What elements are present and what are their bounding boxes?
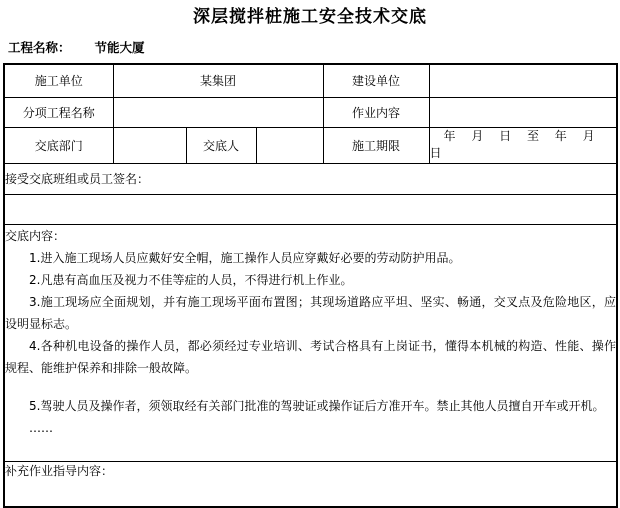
disclosure-ellipsis: ……: [5, 417, 616, 439]
build-unit-value[interactable]: [429, 64, 617, 97]
subproject-value[interactable]: [113, 97, 323, 127]
document-title: 深层搅拌桩施工安全技术交底: [0, 6, 620, 28]
project-name-value: 节能大厦: [95, 40, 145, 55]
construction-period-line1: 年 月 日 至 年 月: [430, 128, 617, 145]
work-content-value[interactable]: [429, 97, 617, 127]
table-row: 施工单位 某集团 建设单位: [4, 64, 617, 97]
construction-unit-value: 某集团: [113, 64, 323, 97]
disclosure-item: 4.各种机电设备的操作人员，都必须经过专业培训、考试合格具有上岗证书，懂得本机械…: [5, 335, 616, 379]
disclosure-item: 3.施工现场应全面规划，并有施工现场平面布置图；其现场道路应平坦、坚实、畅通，交…: [5, 291, 616, 335]
project-name-label: 工程名称：: [8, 40, 71, 55]
subproject-label: 分项工程名称: [4, 97, 113, 127]
table-row: 交底部门 交底人 施工期限 年 月 日 至 年 月 日: [4, 127, 617, 163]
construction-period-label: 施工期限: [323, 127, 429, 163]
form-table: 施工单位 某集团 建设单位 分项工程名称 作业内容 交底部门 交底人 施工期限 …: [3, 63, 618, 508]
construction-period-value[interactable]: 年 月 日 至 年 月 日: [429, 127, 617, 163]
table-row: 分项工程名称 作业内容: [4, 97, 617, 127]
disclosure-heading: 交底内容：: [5, 225, 616, 247]
disclosure-item: 2.凡患有高血压及视力不佳等症的人员，不得进行机上作业。: [5, 269, 616, 291]
disclosure-dept-value[interactable]: [113, 127, 186, 163]
table-row: [4, 194, 617, 224]
table-row: 补充作业指导内容：: [4, 461, 617, 507]
discloser-label: 交底人: [186, 127, 256, 163]
project-name-line: 工程名称：节能大厦: [8, 40, 620, 55]
document-page: 深层搅拌桩施工安全技术交底 工程名称：节能大厦 施工单位 某集团 建设单位 分项…: [0, 0, 620, 508]
build-unit-label: 建设单位: [323, 64, 429, 97]
disclosure-content-cell: 交底内容： 1.进入施工现场人员应戴好安全帽，施工操作人员应穿戴好必要的劳动防护…: [4, 224, 617, 461]
discloser-value[interactable]: [256, 127, 323, 163]
blank-row-cell[interactable]: [4, 194, 617, 224]
construction-unit-label: 施工单位: [4, 64, 113, 97]
disclosure-item: 5.驾驶人员及操作者，须领取经有关部门批准的驾驶证或操作证后方准开车。禁止其他人…: [5, 395, 616, 417]
disclosure-item: 1.进入施工现场人员应戴好安全帽，施工操作人员应穿戴好必要的劳动防护用品。: [5, 247, 616, 269]
supplement-row-cell[interactable]: 补充作业指导内容：: [4, 461, 617, 507]
table-row: 接受交底班组或员工签名：: [4, 163, 617, 194]
table-row: 交底内容： 1.进入施工现场人员应戴好安全帽，施工操作人员应穿戴好必要的劳动防护…: [4, 224, 617, 461]
disclosure-dept-label: 交底部门: [4, 127, 113, 163]
construction-period-line2: 日: [430, 145, 617, 162]
work-content-label: 作业内容: [323, 97, 429, 127]
signature-row-cell[interactable]: 接受交底班组或员工签名：: [4, 163, 617, 194]
